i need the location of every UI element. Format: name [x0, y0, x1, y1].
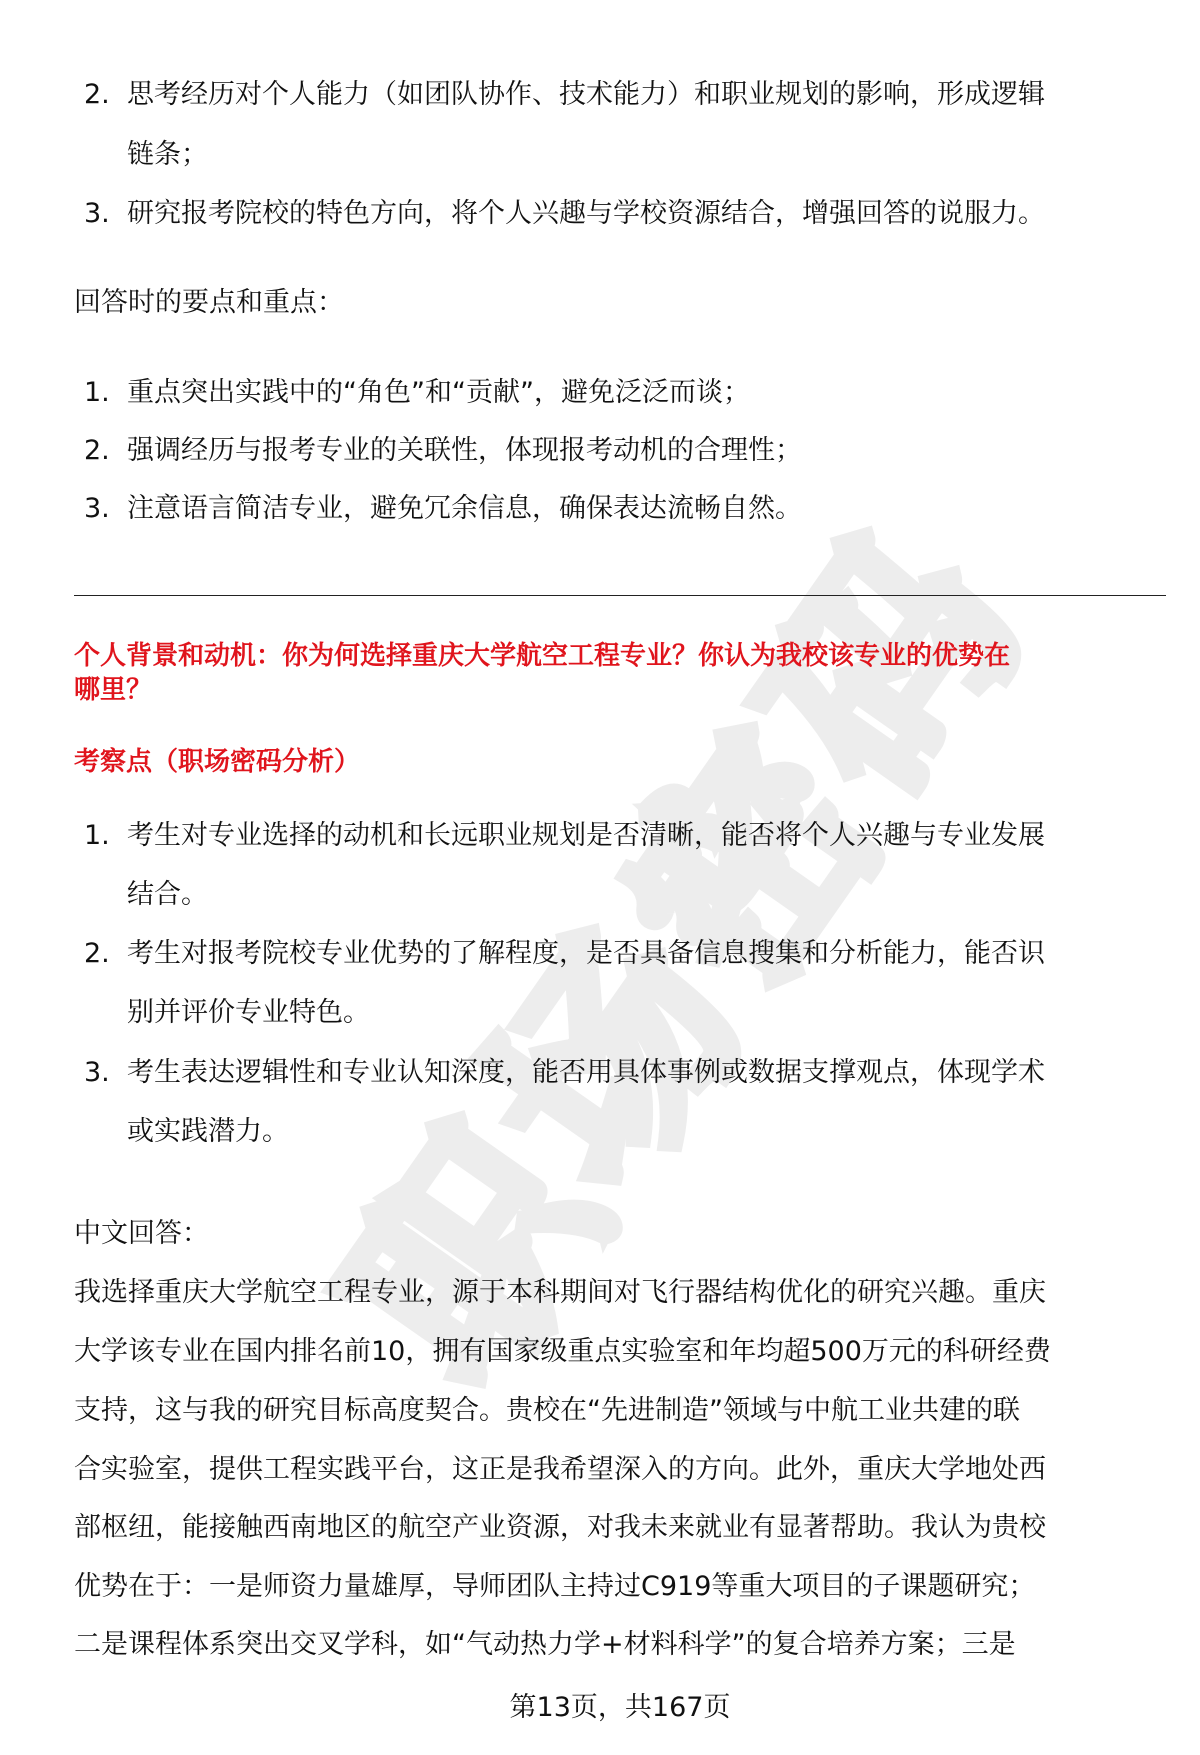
- answer-heading: 中文回答：: [74, 1216, 209, 1252]
- list-item-text: 思考经历对个人能力（如团队协作、技术能力）和职业规划的影响，形成逻辑: [127, 77, 1045, 113]
- list-item-text: 或实践潜力。: [127, 1114, 289, 1150]
- list-number: 2.: [84, 936, 110, 972]
- points-heading: 回答时的要点和重点：: [74, 285, 344, 321]
- page-number: 第13页，共167页: [490, 1690, 750, 1726]
- answer-line: 部枢纽，能接触西南地区的航空产业资源，对我未来就业有显著帮助。我认为贵校: [74, 1510, 1046, 1546]
- section-divider: [74, 595, 1166, 596]
- exam-heading: 考察点（职场密码分析）: [74, 744, 360, 780]
- list-item-text: 考生对专业选择的动机和长远职业规划是否清晰，能否将个人兴趣与专业发展: [127, 818, 1045, 854]
- answer-line: 二是课程体系突出交叉学科，如“气动热力学+材料科学”的复合培养方案；三是: [74, 1627, 1016, 1663]
- list-number: 3.: [84, 1055, 110, 1091]
- answer-line: 合实验室，提供工程实践平台，这正是我希望深入的方向。此外，重庆大学地处西: [74, 1452, 1046, 1488]
- list-item-text: 研究报考院校的特色方向，将个人兴趣与学校资源结合，增强回答的说服力。: [127, 196, 1045, 232]
- list-item-text: 考生对报考院校专业优势的了解程度，是否具备信息搜集和分析能力，能否识: [127, 936, 1045, 972]
- answer-line: 优势在于：一是师资力量雄厚，导师团队主持过C919等重大项目的子课题研究；: [74, 1569, 1035, 1605]
- answer-line: 我选择重庆大学航空工程专业，源于本科期间对飞行器结构优化的研究兴趣。重庆: [74, 1275, 1046, 1311]
- list-number: 2.: [84, 433, 110, 469]
- list-number: 1.: [84, 375, 110, 411]
- answer-line: 大学该专业在国内排名前10，拥有国家级重点实验室和年均超500万元的科研经费: [74, 1334, 1051, 1370]
- list-number: 3.: [84, 196, 110, 232]
- list-number: 2.: [84, 77, 110, 113]
- list-item-text: 注意语言简洁专业，避免冗余信息，确保表达流畅自然。: [127, 491, 802, 527]
- list-number: 1.: [84, 818, 110, 854]
- list-item-text: 别并评价专业特色。: [127, 995, 370, 1031]
- question-title: 个人背景和动机：你为何选择重庆大学航空工程专业？你认为我校该专业的优势在: [74, 638, 1010, 674]
- list-item-text: 强调经历与报考专业的关联性，体现报考动机的合理性；: [127, 433, 802, 469]
- list-item-text: 重点突出实践中的“角色”和“贡献”，避免泛泛而谈；: [127, 375, 750, 411]
- answer-line: 支持，这与我的研究目标高度契合。贵校在“先进制造”领域与中航工业共建的联: [74, 1393, 1020, 1429]
- list-number: 3.: [84, 491, 110, 527]
- list-item-text: 链条；: [127, 137, 208, 173]
- list-item-text: 结合。: [127, 877, 208, 913]
- list-item-text: 考生表达逻辑性和专业认知深度，能否用具体事例或数据支撑观点，体现学术: [127, 1055, 1045, 1091]
- question-title-cont: 哪里？: [74, 672, 152, 708]
